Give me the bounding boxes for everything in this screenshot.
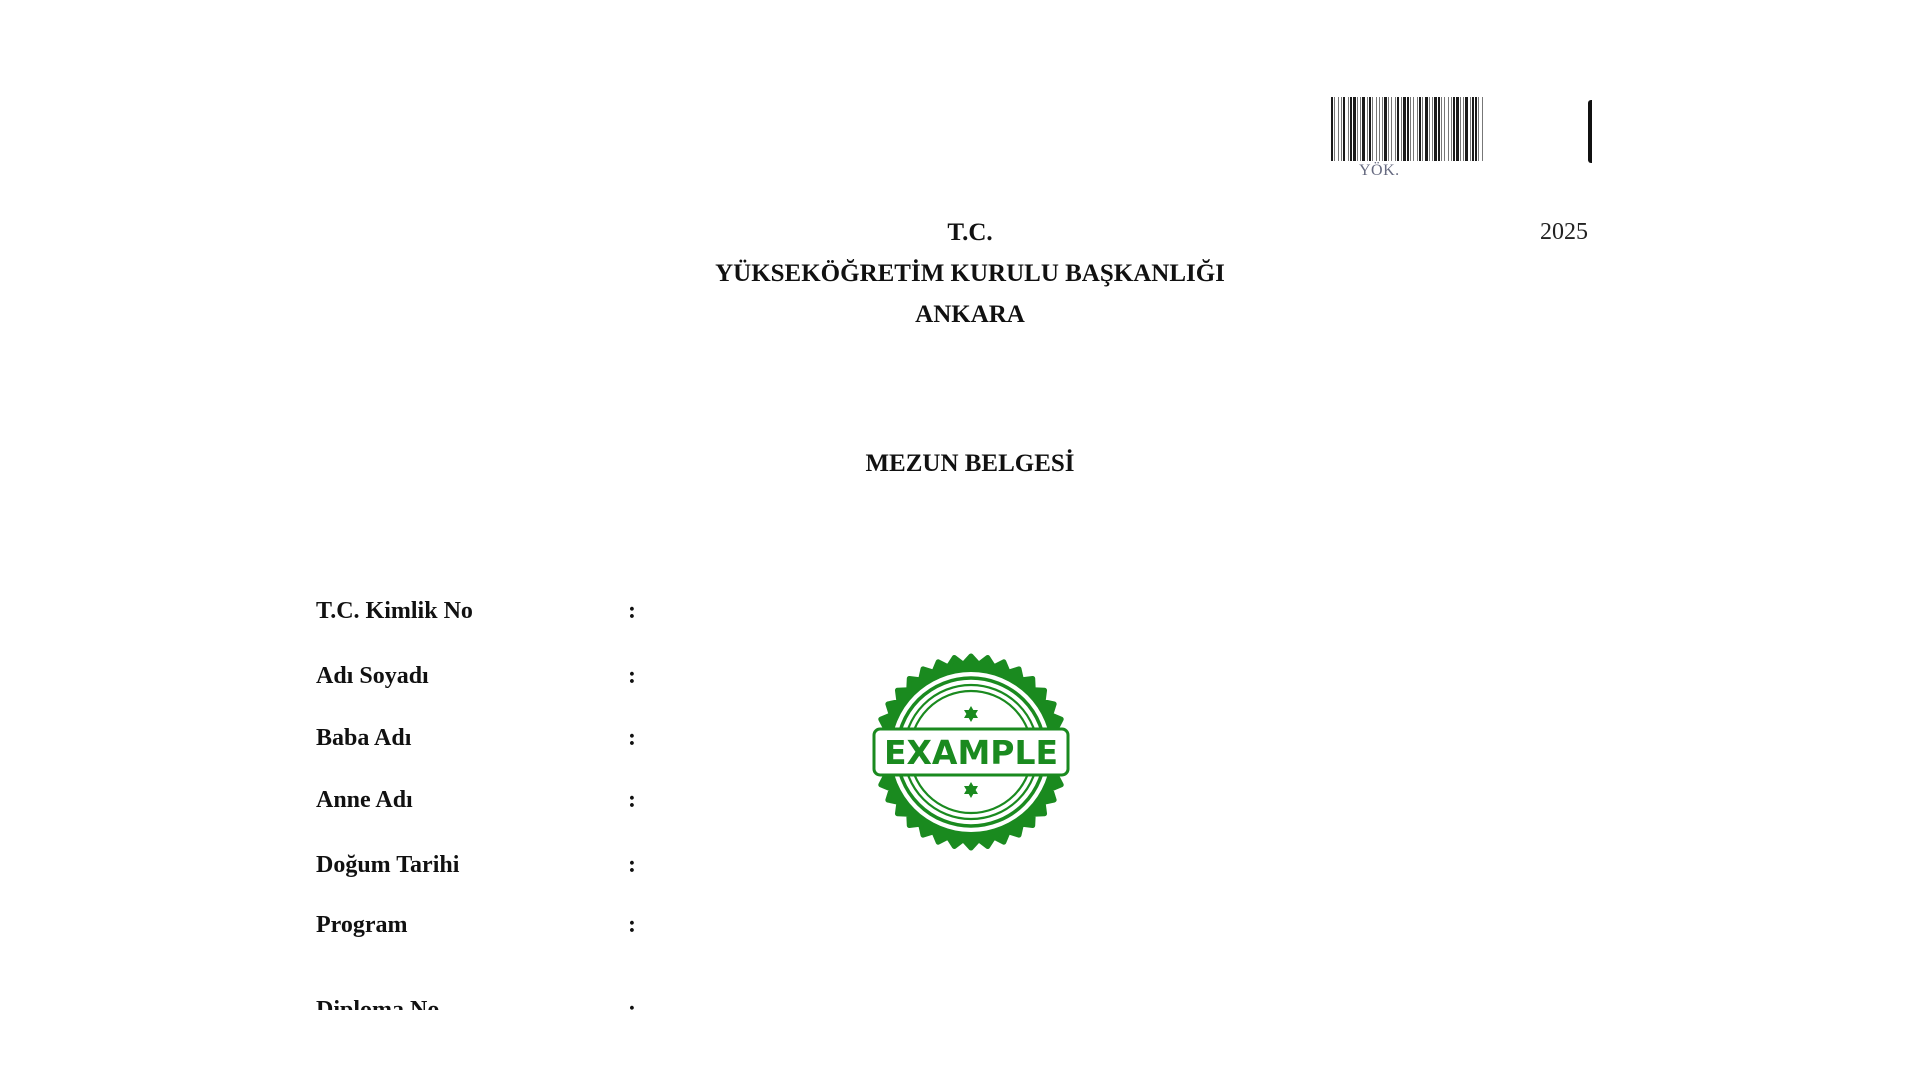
field-label: Adı Soyadı [316, 663, 628, 690]
field-separator: : [628, 663, 636, 690]
field-label: Program [316, 912, 628, 939]
field-tc-kimlik-no: T.C. Kimlik No: [316, 598, 636, 625]
document-page: YÖK. 2025 T.C. YÜKSEKÖĞRETİM KURULU BAŞK… [0, 0, 1920, 1010]
header-line-institution: YÜKSEKÖĞRETİM KURULU BAŞKANLIĞI [0, 253, 1920, 294]
field-label: Diploma No [316, 997, 628, 1010]
document-title: MEZUN BELGESİ [0, 450, 1920, 478]
field-separator: : [628, 852, 636, 879]
field-label: Doğum Tarihi [316, 852, 628, 879]
field-anne-adi: Anne Adı: [316, 787, 636, 814]
field-diploma-no: Diploma No: [316, 997, 636, 1010]
field-baba-adi: Baba Adı: [316, 725, 636, 752]
field-label: T.C. Kimlik No [316, 598, 628, 625]
field-separator: : [628, 997, 636, 1010]
field-dogum-tarihi: Doğum Tarihi: [316, 852, 636, 879]
field-separator: : [628, 598, 636, 625]
field-adi-soyadi: Adı Soyadı: [316, 663, 636, 690]
header-line-country: T.C. [0, 212, 1920, 253]
example-stamp: EXAMPLE [871, 652, 1071, 852]
field-label: Baba Adı [316, 725, 628, 752]
header-line-city: ANKARA [0, 294, 1920, 335]
field-label: Anne Adı [316, 787, 628, 814]
barcode-bracket [1588, 100, 1592, 163]
field-separator: : [628, 912, 636, 939]
field-program: Program: [316, 912, 636, 939]
barcode [1331, 97, 1591, 161]
field-separator: : [628, 725, 636, 752]
field-separator: : [628, 787, 636, 814]
barcode-caption: YÖK. [1359, 162, 1400, 180]
issuer-header: T.C. YÜKSEKÖĞRETİM KURULU BAŞKANLIĞI ANK… [0, 212, 1920, 335]
stamp-text: EXAMPLE [884, 733, 1058, 772]
